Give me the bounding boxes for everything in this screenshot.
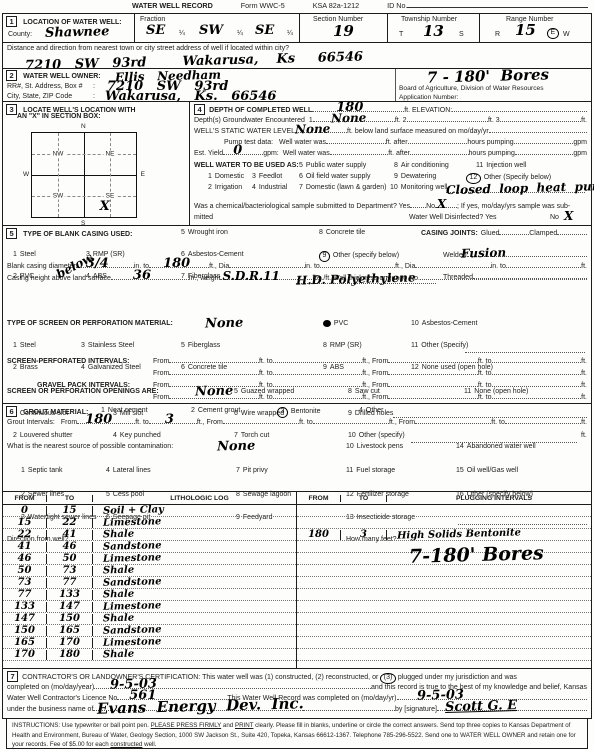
- option-label: Injection well: [486, 162, 526, 169]
- contamination-row-2: 1Septic tank4Lateral lines7Pit privy11Fu…: [3, 466, 591, 477]
- bores-note-value: 7 - 180' Bores: [427, 67, 549, 85]
- interval-blank: [273, 357, 363, 363]
- ft-dia-label: ft., Dia: [395, 263, 415, 270]
- option-label: Dewatering: [401, 173, 436, 180]
- range-value: 15: [515, 23, 536, 38]
- option-label: Other (Specify): [421, 342, 468, 349]
- table-row: [297, 505, 591, 517]
- quarter-2: ¼: [237, 30, 243, 37]
- cell-log: Limestone: [93, 602, 296, 612]
- cell-to: 73: [47, 566, 93, 576]
- screen-option: 7PVC: [323, 320, 348, 327]
- yield-ft-blank: [330, 149, 389, 155]
- contamination-option: 14Abandoned water well: [456, 443, 536, 450]
- option-number: 11: [411, 342, 418, 349]
- signature-blank: Scott G. E: [437, 705, 587, 711]
- cell-from: 180: [297, 530, 341, 540]
- column-header-lithologic-log: LITHOLOGIC LOG: [93, 495, 296, 502]
- casing-option: 9Other (specify below): [319, 251, 399, 262]
- option-label: Irrigation: [215, 184, 242, 191]
- cell-plugging: [387, 581, 591, 588]
- yield-gpm-blank: [515, 149, 574, 155]
- to-value: 165: [59, 625, 80, 636]
- table-row: [3, 661, 296, 668]
- screen-option: 1Steel: [13, 342, 36, 349]
- cell-plugging: High Solids Bentonite: [387, 530, 591, 540]
- table-row: 77133Shale: [3, 589, 296, 601]
- cell-from: 77: [3, 590, 47, 600]
- sample-no-blank: X: [435, 202, 457, 208]
- from-label: From: [153, 370, 169, 377]
- quadrant-nw-label: NW: [51, 151, 66, 158]
- ft-from-label: ft., From: [362, 394, 388, 401]
- gpm-label: gpm: [573, 150, 587, 157]
- use-option: 2Irrigation: [208, 184, 242, 191]
- blank-filler: [303, 705, 395, 711]
- casing-depth-value: 180: [163, 257, 190, 270]
- cell-log: Sandstone: [93, 542, 296, 552]
- application-number-label: Application Number:: [399, 94, 458, 101]
- gpm-label: gpm: [573, 139, 587, 146]
- cell-plugging: [387, 593, 591, 600]
- option-label: Other: [366, 407, 384, 414]
- option-number: 10: [346, 443, 354, 450]
- screen-option: 3Stainless Steel: [81, 342, 134, 349]
- dia2-ft-blank: [320, 262, 395, 268]
- log-value: Shale: [103, 590, 134, 601]
- grout-intervals-line: Grout Intervals: From 180 ft. to 3 ft., …: [3, 418, 591, 429]
- log-value: Sandstone: [103, 625, 162, 637]
- use-option: 9Dewatering: [394, 173, 436, 180]
- pump-test-label: Pump test data:: [224, 139, 273, 146]
- interval-blank: [388, 381, 478, 387]
- interval-blank: [169, 381, 259, 387]
- owner-city-label: City, State, ZIP Code: [7, 93, 72, 100]
- option-number: 14: [456, 443, 464, 450]
- grout-option: 2Cement grout: [191, 407, 240, 414]
- log-value: Limestone: [103, 553, 162, 565]
- log-value: Sandstone: [103, 577, 162, 589]
- section-2-title: WATER WELL OWNER:: [23, 73, 101, 80]
- township-t-label: T: [399, 31, 403, 38]
- clamped-blank: [557, 229, 587, 235]
- pump-test-line: Pump test data: Well water was ft. after…: [220, 138, 591, 149]
- static-level-blank: None: [295, 127, 347, 133]
- id-number-label: ID No.: [387, 1, 407, 10]
- weight-value: S.D.R.11: [222, 270, 279, 282]
- section-number-value: 19: [333, 24, 354, 39]
- form-header: WATER WELL RECORD Form WWC-5 KSA 82a-121…: [128, 1, 592, 12]
- from-label: From: [153, 358, 169, 365]
- section-2-header: 2 WATER WELL OWNER:: [6, 70, 101, 81]
- colon: :: [93, 83, 95, 90]
- section-3-number: 3: [6, 104, 17, 115]
- no-label: No: [550, 214, 559, 221]
- cell-plugging: [387, 521, 591, 528]
- instructions-text-1: INSTRUCTIONS: Use typewriter or ball poi…: [12, 722, 151, 729]
- pump-ft-blank: [326, 138, 386, 144]
- groundwater-line: Depth(s) Groundwater Encountered 1 None …: [190, 116, 591, 127]
- casing-height-blank: 36: [111, 274, 189, 280]
- cell-to: 180: [47, 650, 93, 660]
- option-number: 2: [208, 184, 212, 191]
- interval-blank: [492, 357, 582, 363]
- screen-option: 5Fiberglass: [181, 342, 220, 349]
- casing-joints-line: CASING JOINTS: Glued Clamped: [421, 229, 587, 237]
- casing-height-line: Casing height above land surface 36 in.,…: [3, 274, 591, 285]
- casing-option: 1Steel: [13, 251, 36, 258]
- instructions-print: PRINT: [235, 722, 253, 729]
- screen-row-2: 1Steel3Stainless Steel5Fiberglass8RMP (S…: [3, 341, 591, 352]
- east-label: E: [141, 171, 145, 178]
- plugging-value: High Solids Bentonite: [397, 528, 521, 541]
- table-row: [297, 577, 591, 589]
- option-label: Domestic: [215, 173, 244, 180]
- casing-title-row: 5 TYPE OF BLANK CASING USED: 5Wrought ir…: [3, 228, 591, 239]
- ft-label: ft.: [581, 382, 587, 389]
- north-label: N: [81, 123, 86, 130]
- option-number: 1: [13, 342, 17, 349]
- cell-from: 46: [3, 554, 47, 564]
- pump-hours-blank: [408, 138, 468, 144]
- disinfected-no-x: X: [564, 210, 573, 222]
- table-row: 5073Shale: [3, 565, 296, 577]
- sample-line: Was a chemical/bacteriological sample su…: [190, 202, 591, 213]
- weight-blank: S.D.R.11: [220, 274, 312, 280]
- option-label: Abandoned water well: [467, 443, 536, 450]
- use-option: 10Monitoring well: [390, 184, 447, 191]
- option-label: Industrial: [259, 184, 287, 191]
- option-label: Feedlot: [259, 173, 282, 180]
- cell-log: Sandstone: [93, 578, 296, 588]
- interval-blank: [313, 418, 389, 424]
- glued-blank: [499, 229, 529, 235]
- option-label: Stainless Steel: [88, 342, 134, 349]
- groundwater-label: Depth(s) Groundwater Encountered: [194, 117, 305, 124]
- id-number-blank: [407, 2, 588, 8]
- fraction-3-value: SE: [255, 24, 274, 37]
- option-number: 8: [394, 162, 398, 169]
- range-east-circled: E: [547, 28, 559, 39]
- groundwater-3-blank: [500, 116, 581, 122]
- interval-blank: [223, 418, 299, 424]
- option-number: 5: [299, 162, 303, 169]
- quarter-1: ¼: [179, 30, 185, 37]
- ft-to-label: ft. to: [259, 370, 273, 377]
- column-header-plugging-intervals: PLUGGING INTERVALS: [387, 495, 591, 502]
- option-label: Oil field water supply: [306, 173, 371, 180]
- county-label: County:: [8, 31, 32, 38]
- colon: :: [93, 93, 95, 100]
- log-tables: FROM TO LITHOLOGIC LOG 015Soil + Clay152…: [2, 491, 592, 669]
- groundwater-1-value: None: [331, 112, 367, 125]
- option-label: Monitoring well: [401, 184, 448, 191]
- option-label: Steel: [20, 251, 36, 258]
- option-label: Fiberglass: [188, 342, 220, 349]
- well-water-label: Well water was: [279, 139, 326, 146]
- township-s-label: S: [459, 31, 464, 38]
- wall-thickness-label: lbs./ft. Wall thickness or guage No.: [312, 275, 420, 282]
- business-name-value: Evans Energy Dev. Inc.: [97, 696, 304, 716]
- elevation-blank: [452, 106, 587, 112]
- option-number: 3: [252, 173, 256, 180]
- cell-to: 41: [47, 530, 93, 540]
- table-row: 1522Limestone: [3, 517, 296, 529]
- table-row: 1803High Solids Bentonite: [297, 529, 591, 541]
- table-row: [297, 601, 591, 613]
- dia2-blank: [229, 262, 304, 268]
- option-label: Pit privy: [243, 467, 268, 474]
- contamination-options-header: 10Livestock pens14Abandoned water well: [3, 442, 591, 453]
- disinfected-question-label: Water Well Disinfected? Yes: [409, 214, 497, 221]
- cell-from: 41: [3, 542, 47, 552]
- cell-log: Limestone: [93, 518, 296, 528]
- screen-intervals-line-2: From ft. to ft., From ft. to ft.: [3, 369, 591, 380]
- option-number: 2: [191, 407, 195, 414]
- completed-on-label: completed on (mo/day/year): [7, 684, 94, 691]
- option-label: Steel: [20, 342, 36, 349]
- log-value: Shale: [103, 566, 134, 577]
- yield-value: 0: [233, 144, 242, 157]
- yield-label: Est. Yield: [194, 150, 223, 157]
- range-r-label: R: [495, 31, 500, 38]
- sample-yes-blank: [410, 202, 426, 208]
- cell-from: 0: [3, 506, 47, 516]
- grout-from-value: 180: [85, 413, 112, 426]
- interval-blank: [492, 393, 582, 399]
- to-value: 77: [63, 577, 77, 588]
- contamination-option: 1Septic tank: [21, 467, 63, 474]
- option-label: Oil well/Gas well: [467, 467, 518, 474]
- clamped-label: Clamped: [529, 230, 557, 237]
- sample-question-label: Was a chemical/bacteriological sample su…: [194, 203, 410, 210]
- gravel-pack-label: GRAVEL PACK INTERVALS:: [7, 382, 153, 389]
- gpm-colon-label: gpm:: [263, 150, 279, 157]
- contamination-options-row-2: 1Septic tank4Lateral lines7Pit privy11Fu…: [3, 466, 591, 477]
- table-row: [297, 625, 591, 637]
- cell-log: Shale: [93, 566, 296, 576]
- table-row: 150165Sandstone: [3, 625, 296, 637]
- table-row: [297, 589, 591, 601]
- option-number: 5: [181, 229, 185, 236]
- option-number: 4: [106, 467, 110, 474]
- to-value: 22: [63, 517, 77, 528]
- elevation-label: ft. ELEVATION:: [404, 107, 452, 114]
- contamination-option: 11Fuel storage: [346, 467, 395, 474]
- form-statute: KSA 82a-1212: [313, 1, 359, 10]
- certification-line-4: under the business name of Evans Energy …: [3, 705, 591, 716]
- from-label: From: [61, 419, 77, 426]
- section-casing: 5 TYPE OF BLANK CASING USED: 5Wrought ir…: [2, 225, 592, 404]
- option-label: Fuel storage: [356, 467, 395, 474]
- fraction-label: Fraction: [140, 16, 165, 23]
- instructions-box: INSTRUCTIONS: Use typewriter or ball poi…: [6, 718, 588, 749]
- casing-option: 6Asbestos-Cement: [181, 251, 244, 258]
- use-row-3: 2Irrigation4Industrial7Domestic (lawn & …: [194, 183, 591, 194]
- range-west-label: W: [563, 31, 570, 38]
- cell-plugging: [387, 653, 591, 660]
- option-number: 3: [277, 407, 288, 418]
- option-number: 11: [476, 162, 483, 169]
- business-name-blank: Evans Energy Dev. Inc.: [93, 705, 303, 711]
- table-row: 165170Limestone: [3, 637, 296, 649]
- well-x-mark: X: [100, 200, 110, 213]
- distance-label: Distance and direction from nearest town…: [7, 45, 289, 52]
- cell-to: 46: [47, 542, 93, 552]
- from-value: 15: [18, 517, 32, 528]
- cell-from: 170: [3, 650, 47, 660]
- ft-to-label: ft. to: [478, 394, 492, 401]
- lithologic-table-header: FROM TO LITHOLOGIC LOG: [3, 492, 296, 505]
- to-value: 133: [59, 589, 80, 600]
- lithologic-table: FROM TO LITHOLOGIC LOG 015Soil + Clay152…: [3, 492, 297, 668]
- cell-to: 50: [47, 554, 93, 564]
- option-label: Air conditioning: [401, 162, 449, 169]
- groundwater-2-label: ft. 2: [395, 117, 407, 124]
- groundwater-2-blank: [407, 116, 488, 122]
- owner-address-label: RR#, St. Address, Box #: [7, 83, 82, 90]
- welded-line: Welded Fusion: [443, 251, 587, 259]
- interval-blank: [273, 393, 363, 399]
- ft-label: ft.: [581, 419, 587, 426]
- water-well-record-form: WATER WELL RECORD Form WWC-5 KSA 82a-121…: [0, 0, 594, 750]
- to-value: 150: [59, 613, 80, 624]
- option-number: 15: [456, 467, 464, 474]
- cell-log: Shale: [93, 650, 296, 660]
- log-value: Shale: [103, 530, 134, 541]
- contamination-option: 10Livestock pens: [346, 443, 403, 450]
- lithologic-table-body: 015Soil + Clay1522Limestone2241Shale4146…: [3, 505, 296, 668]
- option-label: Asbestos-Cement: [188, 251, 244, 258]
- static-level-line: WELL'S STATIC WATER LEVEL None ft. below…: [190, 127, 591, 138]
- ft-label: ft.: [581, 358, 587, 365]
- static-level-rest-label: ft. below land surface measured on mo/da…: [347, 128, 489, 135]
- log-value: Limestone: [103, 601, 162, 613]
- table-row: [297, 637, 591, 649]
- section-certification: 7 CONTRACTOR'S OR LANDOWNER'S CERTIFICAT…: [2, 668, 592, 719]
- table-row: 170180Shale: [3, 649, 296, 661]
- to-value: 180: [59, 649, 80, 660]
- from-value: 170: [14, 649, 35, 660]
- yield-blank: 0: [223, 149, 263, 155]
- section-7-number: 7: [7, 671, 18, 682]
- ft-label: ft.: [581, 394, 587, 401]
- ft-to-label: ft. to: [259, 358, 273, 365]
- log-value: Shale: [103, 650, 134, 661]
- welded-blank: Fusion: [467, 251, 587, 257]
- ft-after-label: ft. after: [388, 150, 410, 157]
- interval-blank: [388, 357, 478, 363]
- in-to-label: in. to: [305, 263, 320, 270]
- table-row: 147150Shale: [3, 613, 296, 625]
- sample-no-x: X: [437, 198, 446, 210]
- option-label: Septic tank: [28, 467, 63, 474]
- from-value: 50: [18, 565, 32, 576]
- to-value: 41: [63, 529, 77, 540]
- table-row: [297, 649, 591, 661]
- section-grout: 6 GROUT MATERIAL: 1Neat cement2Cement gr…: [2, 403, 592, 492]
- log-value: Soil + Clay: [103, 505, 164, 517]
- no-label: No: [426, 203, 435, 210]
- ft-from-label: ft., From: [362, 370, 388, 377]
- mitted-label: mitted: [194, 214, 213, 221]
- column-header-to: TO: [47, 495, 93, 502]
- interval-blank: [169, 369, 259, 375]
- option-number: 7: [299, 184, 303, 191]
- use-option: 4Industrial: [252, 184, 287, 191]
- option-number: 9: [394, 173, 398, 180]
- interval-blank: [169, 393, 259, 399]
- ft-to-label: ft. to: [299, 419, 313, 426]
- ft-to-label: ft. to: [478, 382, 492, 389]
- contamination-option: 15Oil well/Gas well: [456, 467, 518, 474]
- table-row: [297, 613, 591, 625]
- cell-plugging: [387, 569, 591, 576]
- use-option: 8Air conditioning: [394, 162, 449, 169]
- cell-log: Limestone: [93, 554, 296, 564]
- contamination-title-row: What is the nearest source of possible c…: [3, 442, 591, 453]
- table-row: [297, 661, 591, 668]
- cell-log: Shale: [93, 590, 296, 600]
- option-number: 7: [236, 467, 240, 474]
- cell-log: Limestone: [93, 638, 296, 648]
- cell-to: 77: [47, 578, 93, 588]
- screen-title-row: TYPE OF SCREEN OR PERFORATION MATERIAL: …: [3, 319, 591, 330]
- interval-blank: [169, 357, 259, 363]
- grout-to-value: 3: [165, 413, 174, 426]
- screen-option: 11Other (Specify): [411, 342, 468, 349]
- option-number: 3: [81, 342, 85, 349]
- welded-value: Fusion: [460, 246, 505, 259]
- option-label: Lateral lines: [113, 467, 151, 474]
- certification-text-1b: plugged under my jurisdiction and was: [398, 674, 517, 681]
- table-row: [297, 517, 591, 529]
- signature-label: by [signature]: [395, 706, 437, 713]
- table-row: 133147Limestone: [3, 601, 296, 613]
- use-option: 3Feedlot: [252, 173, 282, 180]
- cell-to: 147: [47, 602, 93, 612]
- from-value: 133: [14, 601, 35, 612]
- quarter-3: ¼: [287, 30, 293, 37]
- ft-label: ft.: [581, 370, 587, 377]
- from-value: 0: [21, 505, 28, 516]
- dia3-ft-blank: [506, 262, 581, 268]
- to-value: 46: [63, 541, 77, 552]
- signature-value: Scott G. E: [445, 699, 517, 714]
- ft-label: ft.: [581, 263, 587, 270]
- column-header-from: FROM: [297, 495, 341, 502]
- cell-from: 133: [3, 602, 47, 612]
- cell-from: 165: [3, 638, 47, 648]
- weight-label: in., weight: [189, 275, 221, 282]
- ft-to-label: ft. to: [491, 419, 505, 426]
- cell-to: 170: [47, 638, 93, 648]
- static-level-value: None: [295, 123, 331, 136]
- ft-from-label: ft., From: [362, 382, 388, 389]
- certification-line-1: 7 CONTRACTOR'S OR LANDOWNER'S CERTIFICAT…: [3, 671, 591, 682]
- instructions-press-firmly: PLEASE PRESS FIRMLY: [151, 722, 222, 729]
- groundwater-3-label: ft. 3: [488, 117, 500, 124]
- option-label: Asbestos-Cement: [422, 320, 478, 327]
- section-1-number: 1: [6, 16, 17, 27]
- static-date-blank: [489, 127, 587, 133]
- ft-from-label: ft., From: [389, 419, 415, 426]
- quadrant-ne-label: NE: [103, 151, 116, 158]
- grout-option: 4Other: [359, 407, 383, 414]
- instructions-text-3: and: [221, 722, 235, 729]
- from-value: 41: [18, 541, 32, 552]
- cell-to: 133: [47, 590, 93, 600]
